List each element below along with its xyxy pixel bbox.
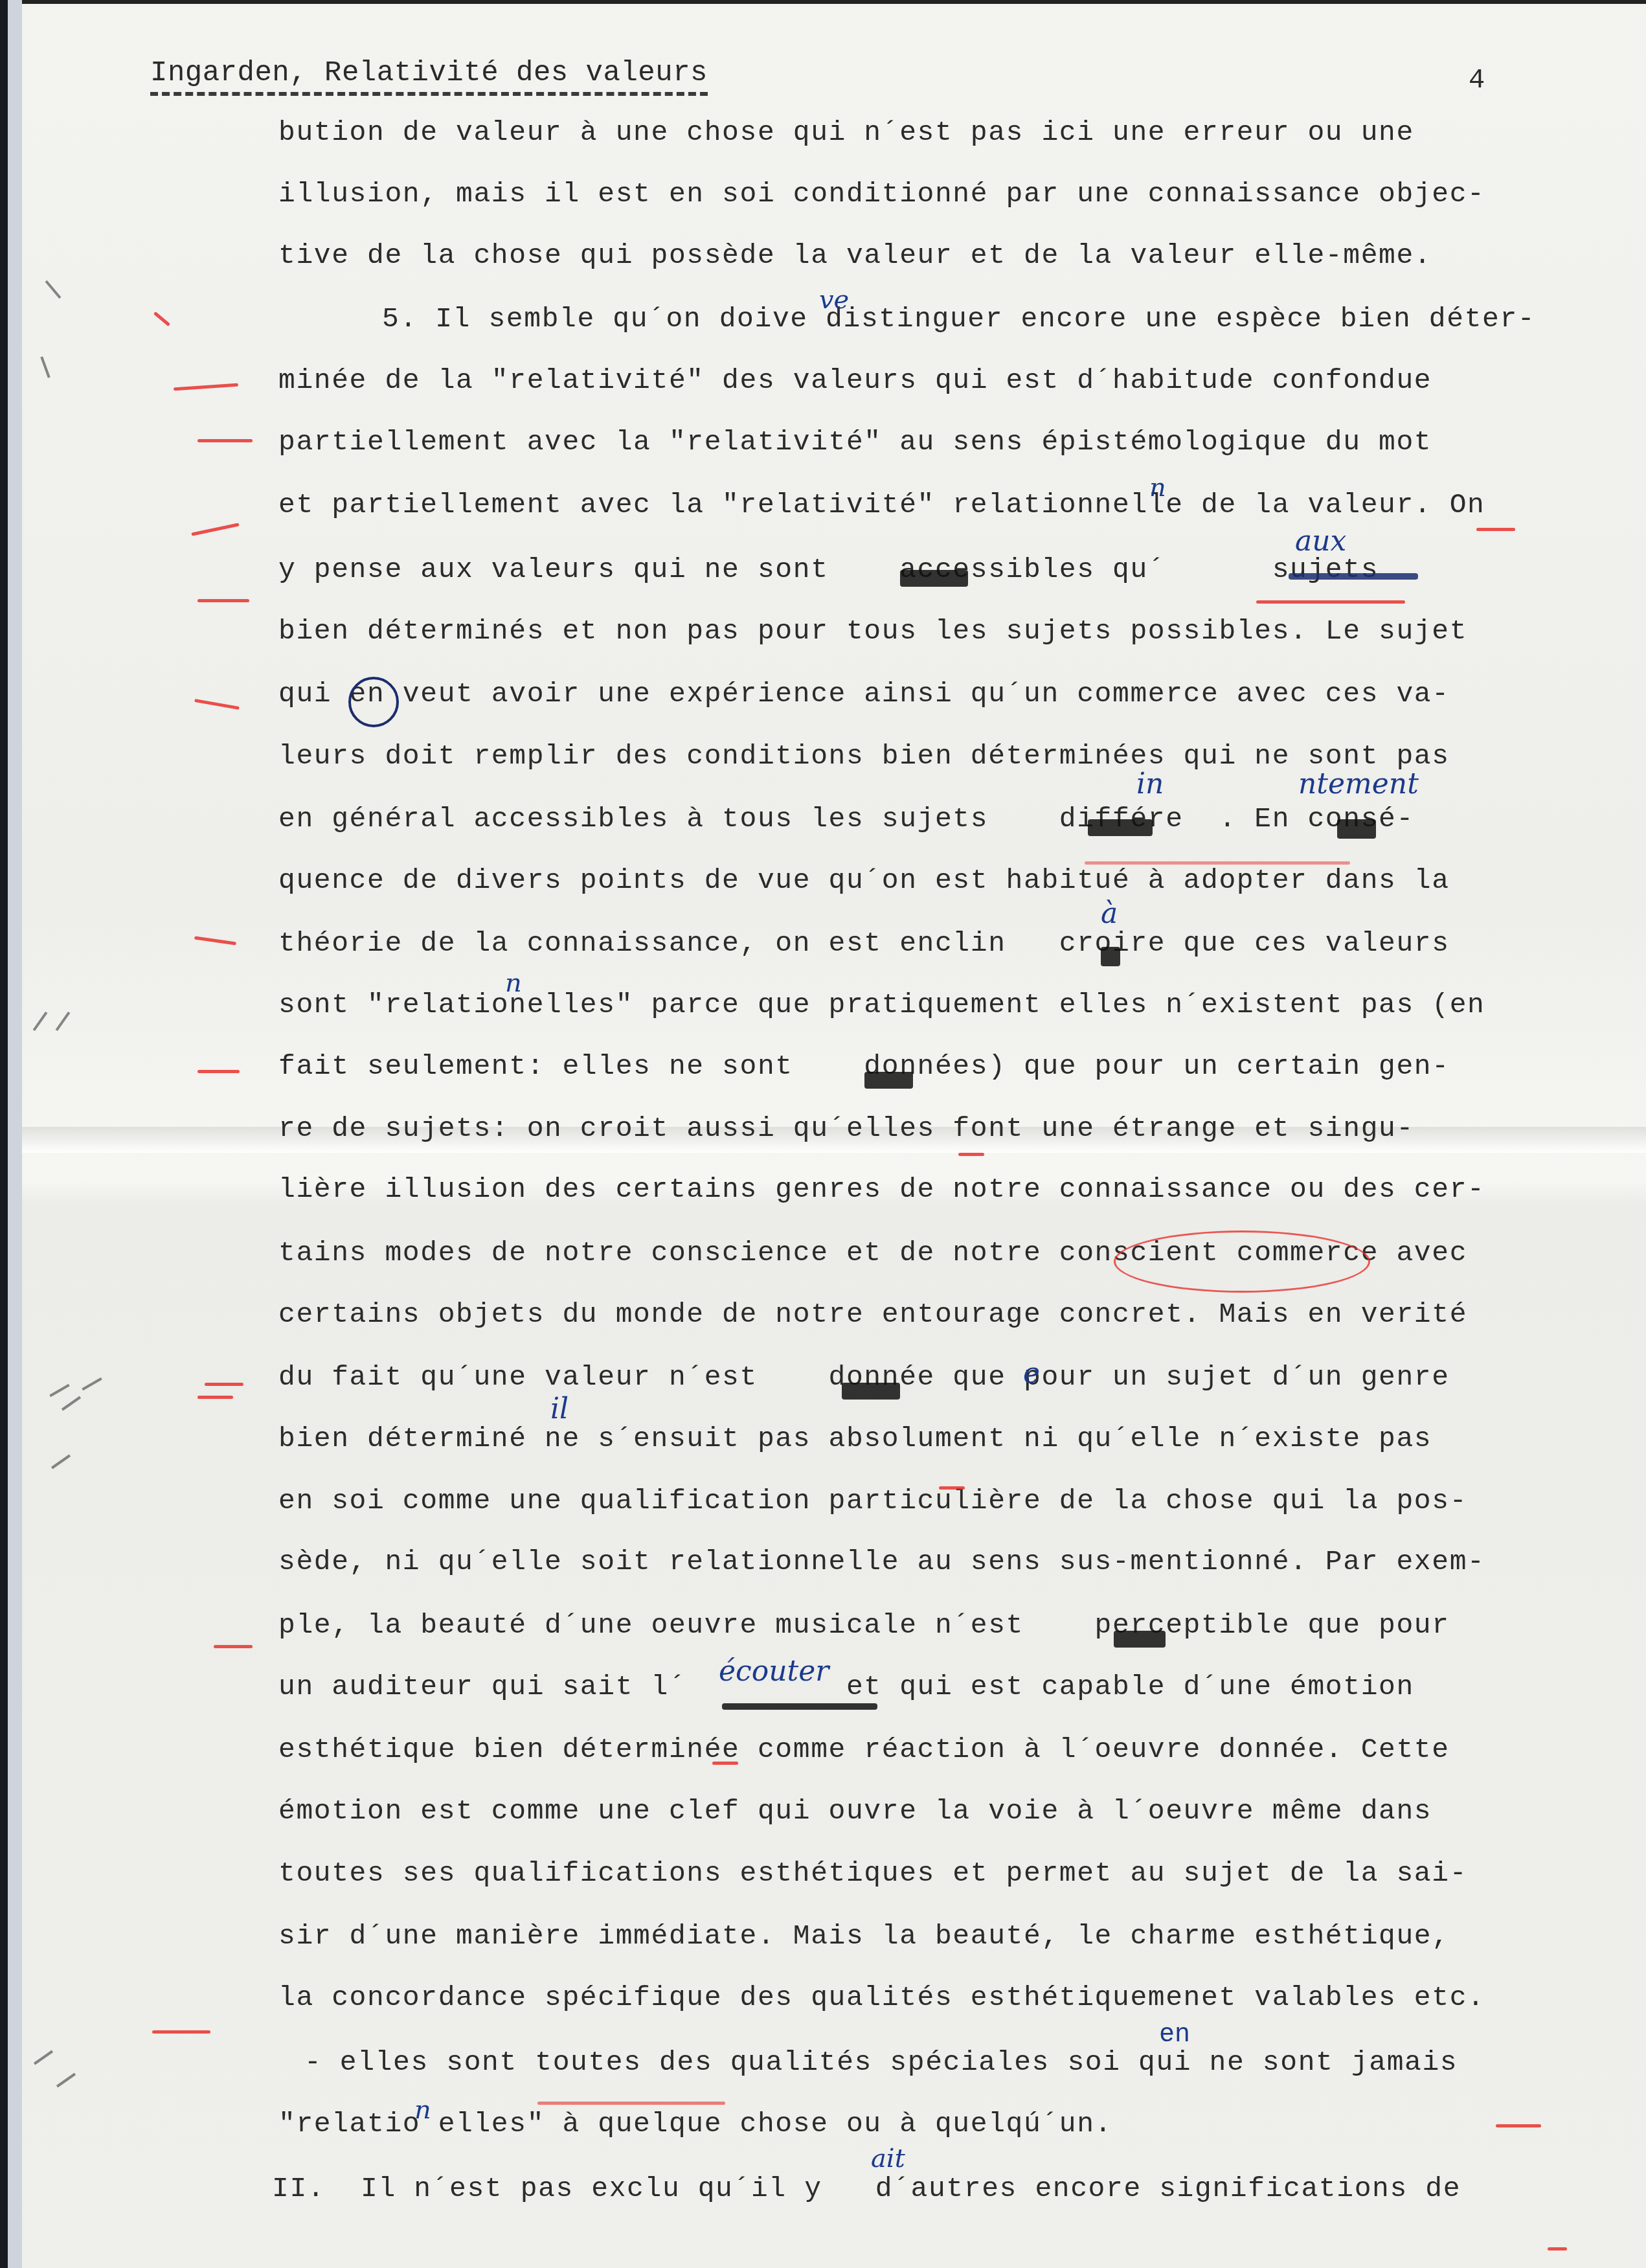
text-line: bien déterminé ne s´ensuit pas absolumen… [278,1423,1432,1455]
section-line: II. Il n´est pas exclu qu´il y d´autres … [272,2173,1461,2205]
handwritten-correction: en [1159,2021,1190,2050]
handwritten-correction: n [414,2095,431,2125]
handwritten-correction: écouter [719,1655,829,1688]
text-line: - elles sont toutes des qualités spécial… [304,2047,1458,2078]
red-margin-mark [197,439,253,442]
red-margin-mark [197,1396,233,1399]
text-line: en soi comme une qualification particuli… [278,1485,1467,1517]
text-line: sont "relationelles" parce que pratiquem… [278,989,1485,1021]
strikeout-mark [842,1383,900,1400]
strikeout-mark [1289,573,1418,580]
paragraph-start-line: 5. Il semble qu´on doive distinguer enco… [382,303,1535,335]
text-line: minée de la "relativité" des valeurs qui… [278,365,1432,396]
text-line: illusion, mais il est en soi conditionné… [278,178,1485,210]
text-line: bution de valeur à une chose qui n´est p… [278,117,1414,148]
red-underline [1496,2124,1541,2127]
strikeout-mark [1101,947,1120,966]
strikeout-mark [722,1703,877,1710]
red-underline [712,1762,738,1765]
text-line: leurs doit remplir des conditions bien d… [278,740,1450,772]
red-margin-mark [214,1645,253,1648]
circle-mark [348,677,399,727]
handwritten-correction: à [1101,897,1118,930]
text-line: lière illusion des certains genres de no… [278,1174,1485,1205]
handwritten-correction: il [550,1392,569,1425]
text-line: certains objets du monde de notre entour… [278,1298,1467,1330]
text-line: quence de divers points de vue qu´on est… [278,865,1450,896]
text-line: partiellement avec la "relativité" au se… [278,426,1432,458]
scan-border-left [0,0,8,2268]
red-circle-mark [1114,1230,1370,1293]
red-underline [939,1486,965,1490]
red-underline [958,1153,984,1156]
header-title: Ingarden, Relativité des valeurs [150,57,708,96]
running-header: Ingarden, Relativité des valeurs [150,57,708,96]
text-line: y pense aux valeurs qui ne sont accessib… [278,554,1379,585]
handwritten-correction: ve [819,285,849,315]
red-margin-mark [205,1383,243,1386]
red-margin-mark [152,2030,210,2034]
text-line: théorie de la connaissance, on est encli… [278,927,1450,959]
handwritten-correction: e [1023,1357,1040,1390]
handwritten-correction: aux [1295,525,1346,558]
handwritten-correction: ntement [1298,767,1419,800]
red-underline [1085,861,1350,865]
text-line: tive de la chose qui possède la valeur e… [278,240,1432,271]
text-line: esthétique bien déterminée comme réactio… [278,1734,1450,1765]
text-line: "relatio elles" à quelque chose ou à que… [278,2108,1112,2140]
text-line: la concordance spécifique des qualités e… [278,1982,1485,2013]
text-line: toutes ses qualifications esthétiques et… [278,1857,1467,1889]
text-line: un auditeur qui sait l´ et qui est capab… [278,1671,1414,1703]
red-margin-mark [197,1070,240,1073]
handwritten-correction: in [1136,767,1164,800]
red-underline [1256,600,1405,604]
text-line: qui en veut avoir une expérience ainsi q… [278,678,1450,710]
red-margin-mark [197,599,249,602]
text-line: re de sujets: on croit aussi qu´elles fo… [278,1113,1414,1144]
strikeout-mark [864,1072,913,1089]
red-underline [1476,528,1515,531]
text-line: sède, ni qu´elle soit relationnelle au s… [278,1546,1485,1578]
text-line: bien déterminés et non pas pour tous les… [278,615,1467,647]
red-underline [1548,2247,1567,2251]
text-line: et partiellement avec la "relativité" re… [278,489,1485,521]
text-line: en général accessibles à tous les sujets… [278,803,1414,835]
strikeout-mark [900,570,968,587]
handwritten-correction: ait [871,2144,905,2173]
page-number: 4 [1469,65,1485,96]
handwritten-correction: n [1149,473,1166,503]
handwritten-correction: n [505,968,522,998]
text-line: ple, la beauté d´une oeuvre musicale n´e… [278,1609,1450,1641]
strikeout-mark [1114,1631,1166,1648]
text-line: sir d´une manière immédiate. Mais la bea… [278,1920,1450,1952]
scan-border-strip [8,0,22,2268]
strikeout-mark [1088,819,1153,836]
red-underline [537,2102,725,2105]
text-line: émotion est comme une clef qui ouvre la … [278,1795,1432,1827]
strikeout-mark [1337,819,1376,839]
